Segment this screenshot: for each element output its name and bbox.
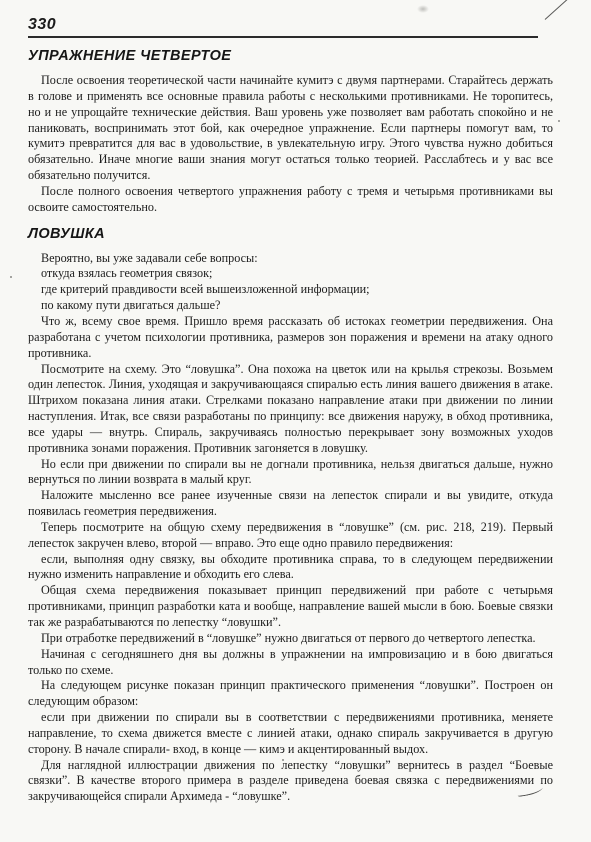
scan-speck [558,120,560,122]
header-rule [28,36,538,38]
paragraph: При отработке передвижений в “ловушке” н… [28,631,553,647]
paragraph: Для наглядной иллюстрации движения по ле… [28,758,553,806]
section-exercise-four: УПРАЖНЕНИЕ ЧЕТВЕРТОЕ После освоения теор… [28,48,553,216]
paragraph: Но если при движении по спирали вы не до… [28,457,553,489]
paragraph: где критерий правдивости всей вышеизложе… [28,282,553,298]
paragraph: если при движении по спирали вы в соотве… [28,710,553,758]
section-trap: ЛОВУШКА Вероятно, вы уже задавали себе в… [28,226,553,806]
paragraph: После освоения теоретической части начин… [28,73,553,184]
paragraph: если, выполняя одну связку, вы обходите … [28,552,553,584]
paragraph: Общая схема передвижения показывает прин… [28,583,553,631]
paragraph: Посмотрите на схему. Это “ловушка”. Она … [28,362,553,457]
paragraph: Наложите мысленно все ранее изученные св… [28,488,553,520]
section-heading: ЛОВУШКА [28,226,553,242]
section-heading: УПРАЖНЕНИЕ ЧЕТВЕРТОЕ [28,48,553,64]
paragraph: Вероятно, вы уже задавали себе вопросы: [28,251,553,267]
paragraph: На следующем рисунке показан принцип пра… [28,678,553,710]
section-body: После освоения теоретической части начин… [28,73,553,216]
page-number: 330 [28,16,553,34]
book-page: 330 УПРАЖНЕНИЕ ЧЕТВЕРТОЕ После освоения … [0,0,591,842]
scan-smudge [417,5,429,13]
scan-speck [10,276,12,278]
paragraph: Что ж, всему свое время. Пришло время ра… [28,314,553,362]
paragraph: по какому пути двигаться дальше? [28,298,553,314]
paragraph: После полного освоения четвертого упражн… [28,184,553,216]
pen-mark-icon [545,0,568,20]
scan-speck [282,759,284,761]
section-body: Вероятно, вы уже задавали себе вопросы: … [28,251,553,806]
paragraph: Начиная с сегодняшнего дня вы должны в у… [28,647,553,679]
paragraph: Теперь посмотрите на общую схему передви… [28,520,553,552]
paragraph: откуда взялась геометрия связок; [28,266,553,282]
